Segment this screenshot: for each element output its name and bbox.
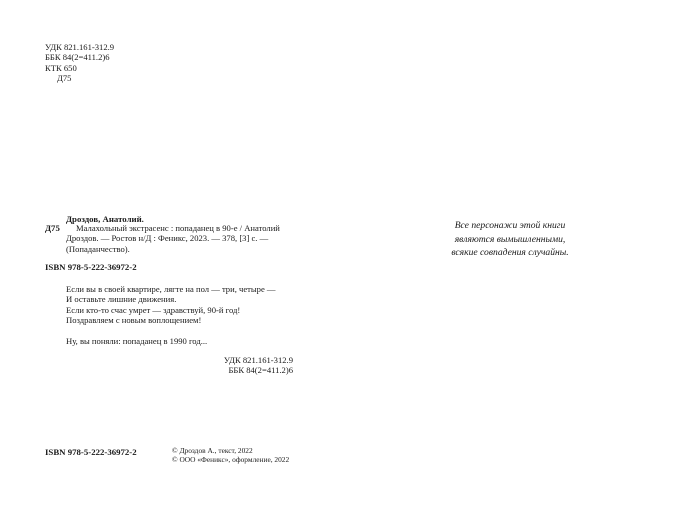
isbn-bottom: ISBN 978-5-222-36972-2	[45, 447, 137, 457]
disclaimer-line: Все персонажи этой книги	[420, 220, 600, 234]
classification-codes: УДК 821.161-312.9 ББК 84(2=411.2)6 КТК 6…	[45, 42, 114, 84]
description-line: (Попаданчество).	[66, 244, 280, 254]
shelf-mark: Д75	[45, 223, 60, 233]
disclaimer-line: являются вымышленными,	[420, 234, 600, 248]
poem-line: Поздравляем с новым воплощением!	[66, 315, 276, 325]
author-mark: Д75	[45, 73, 114, 83]
description-line: Малахольный экстрасенс : попаданец в 90-…	[66, 223, 280, 233]
description-line: Дроздов. — Ростов н/Д : Феникс, 2023. — …	[66, 233, 280, 243]
disclaimer-line: всякие совпадения случайны.	[420, 247, 600, 261]
copyright-block: © Дроздов А., текст, 2022 © ООО «Феникс»…	[172, 446, 289, 465]
poem-line: И оставьте лишние движения.	[66, 294, 276, 304]
copyright-line: © Дроздов А., текст, 2022	[172, 446, 289, 455]
fiction-disclaimer: Все персонажи этой книги являются вымышл…	[420, 220, 600, 261]
annotation-note: Ну, вы поняли: попаданец в 1990 год...	[66, 336, 207, 346]
udk-code: УДК 821.161-312.9	[220, 355, 293, 365]
annotation-codes: УДК 821.161-312.9 ББК 84(2=411.2)6	[220, 355, 293, 376]
bibliographic-description: Малахольный экстрасенс : попаданец в 90-…	[66, 223, 280, 254]
copyright-line: © ООО «Феникс», оформление, 2022	[172, 455, 289, 464]
poem-line: Если вы в своей квартире, лягте на пол —…	[66, 284, 276, 294]
ktk-code: КТК 650	[45, 63, 114, 73]
isbn-top: ISBN 978-5-222-36972-2	[45, 262, 137, 272]
annotation-poem: Если вы в своей квартире, лягте на пол —…	[66, 284, 276, 326]
bbk-code: ББК 84(2=411.2)6	[45, 52, 114, 62]
udk-code: УДК 821.161-312.9	[45, 42, 114, 52]
bbk-code: ББК 84(2=411.2)6	[220, 365, 293, 375]
poem-line: Если кто-то счас умрет — здравствуй, 90-…	[66, 305, 276, 315]
